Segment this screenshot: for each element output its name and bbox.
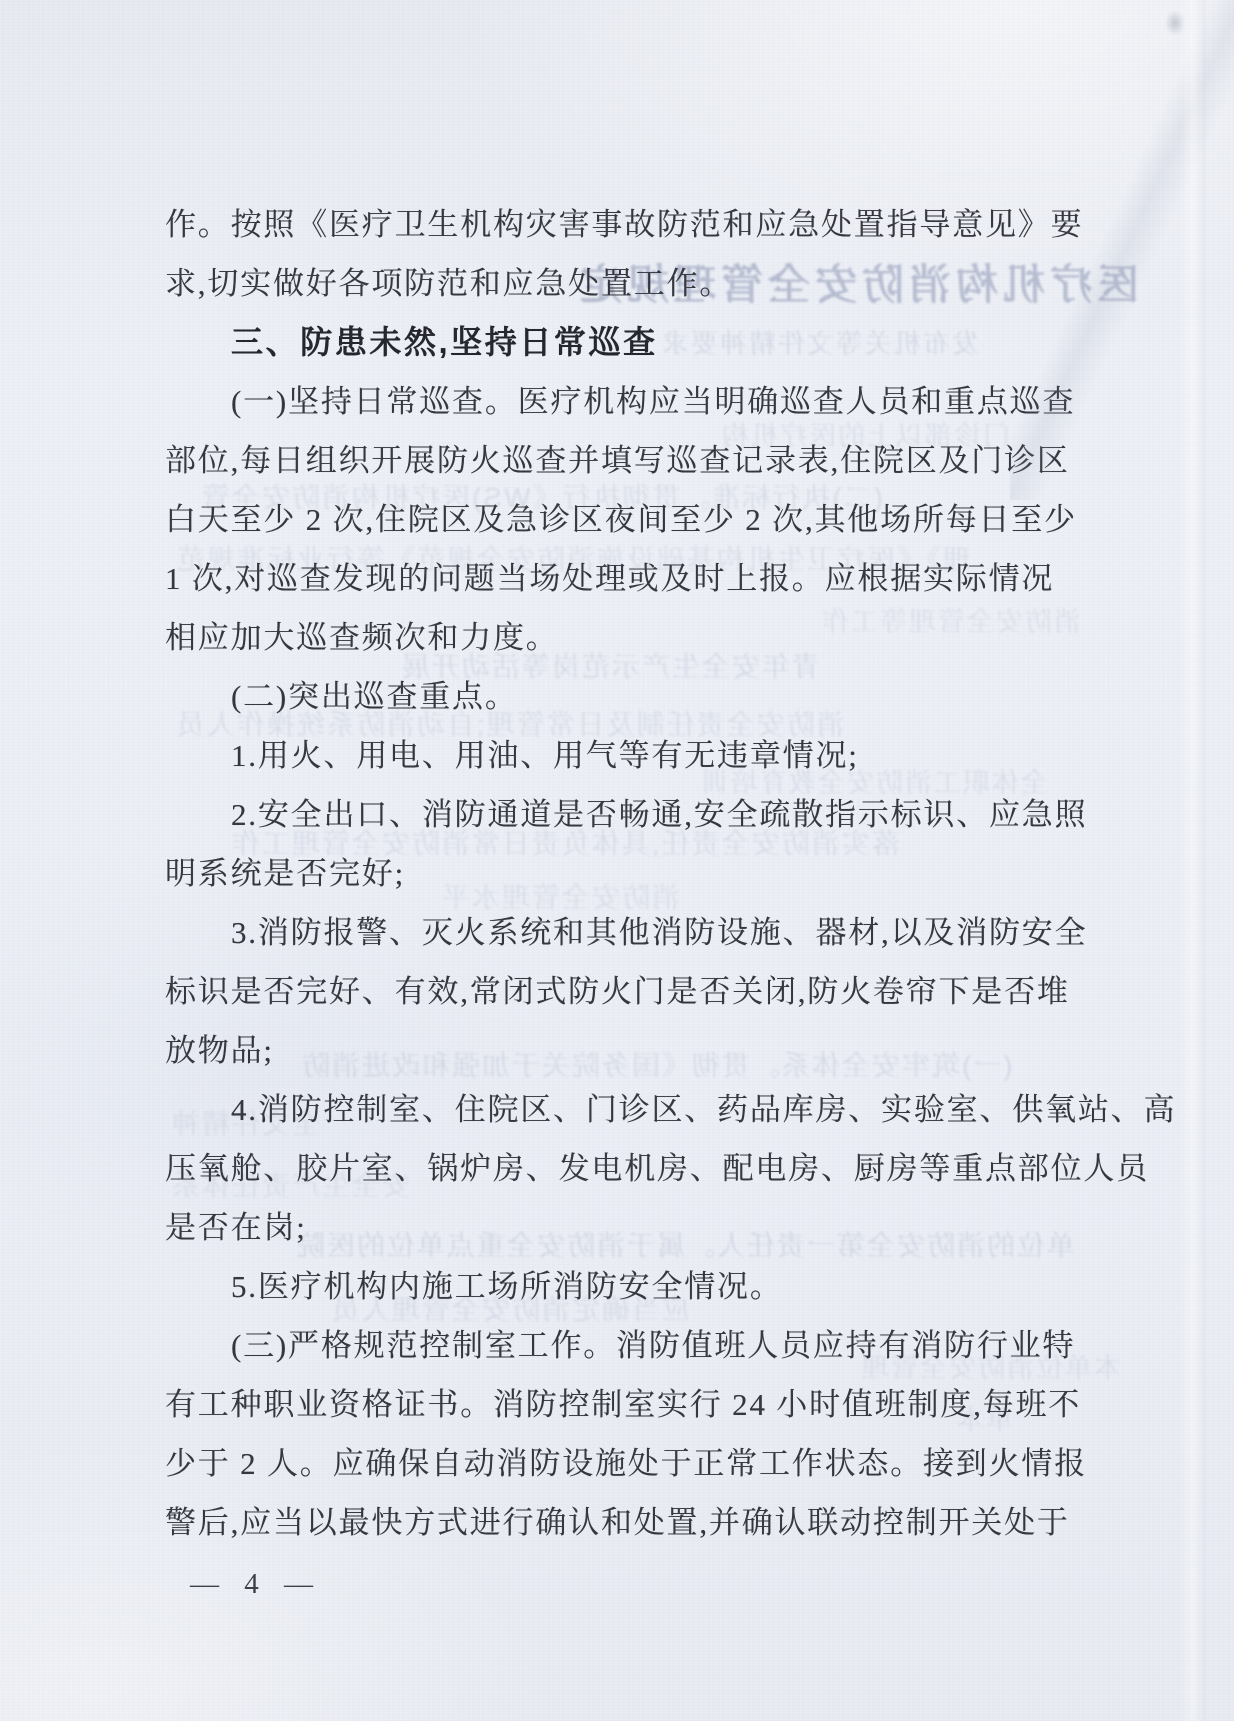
paper-speck bbox=[1162, 6, 1188, 40]
doc-line: 相应加大巡查频次和力度。 bbox=[165, 608, 1083, 667]
doc-line: 求,切实做好各项防范和应急处置工作。 bbox=[165, 254, 1083, 313]
doc-line: 1.用火、用电、用油、用气等有无违章情况; bbox=[165, 726, 1083, 785]
doc-line: 放物品; bbox=[165, 1021, 1083, 1080]
doc-line: 1 次,对巡查发现的问题当场处理或及时上报。应根据实际情况 bbox=[165, 549, 1083, 608]
scan-edge-band bbox=[1180, 0, 1206, 1721]
doc-line: 有工种职业资格证书。消防控制室实行 24 小时值班制度,每班不 bbox=[165, 1375, 1083, 1434]
doc-line: 2.安全出口、消防通道是否畅通,安全疏散指示标识、应急照 bbox=[165, 785, 1083, 844]
page-number: — 4 — bbox=[190, 1563, 315, 1605]
doc-line: 标识是否完好、有效,常闭式防火门是否关闭,防火卷帘下是否堆 bbox=[165, 962, 1083, 1021]
doc-line: 部位,每日组织开展防火巡查并填写巡查记录表,住院区及门诊区 bbox=[165, 431, 1083, 490]
doc-line: 警后,应当以最快方式进行确认和处置,并确认联动控制开关处于 bbox=[165, 1493, 1083, 1552]
section-heading: 三、防患未然,坚持日常巡查 bbox=[165, 313, 1083, 372]
document-body: 作。按照《医疗卫生机构灾害事故防范和应急处置指导意见》要 求,切实做好各项防范和… bbox=[165, 195, 1083, 1552]
doc-line: 压氧舱、胶片室、锅炉房、发电机房、配电房、厨房等重点部位人员 bbox=[165, 1139, 1083, 1198]
doc-line: 少于 2 人。应确保自动消防设施处于正常工作状态。接到火情报 bbox=[165, 1434, 1083, 1493]
scanned-document-page: 医疗机构消防安全管理规定 发布机关等文件精神要求 门诊部以上的医疗机构 (二)执… bbox=[0, 0, 1234, 1721]
doc-line: 4.消防控制室、住院区、门诊区、药品库房、实验室、供氧站、高 bbox=[165, 1080, 1083, 1139]
doc-line: 5.医疗机构内施工场所消防安全情况。 bbox=[165, 1257, 1083, 1316]
doc-line: 白天至少 2 次,住院区及急诊区夜间至少 2 次,其他场所每日至少 bbox=[165, 490, 1083, 549]
doc-line: 3.消防报警、灭火系统和其他消防设施、器材,以及消防安全 bbox=[165, 903, 1083, 962]
doc-line: (一)坚持日常巡查。医疗机构应当明确巡查人员和重点巡查 bbox=[165, 372, 1083, 431]
doc-line: 明系统是否完好; bbox=[165, 844, 1083, 903]
doc-line: (二)突出巡查重点。 bbox=[165, 667, 1083, 726]
doc-line: 作。按照《医疗卫生机构灾害事故防范和应急处置指导意见》要 bbox=[165, 195, 1083, 254]
doc-line: (三)严格规范控制室工作。消防值班人员应持有消防行业特 bbox=[165, 1316, 1083, 1375]
doc-line: 是否在岗; bbox=[165, 1198, 1083, 1257]
